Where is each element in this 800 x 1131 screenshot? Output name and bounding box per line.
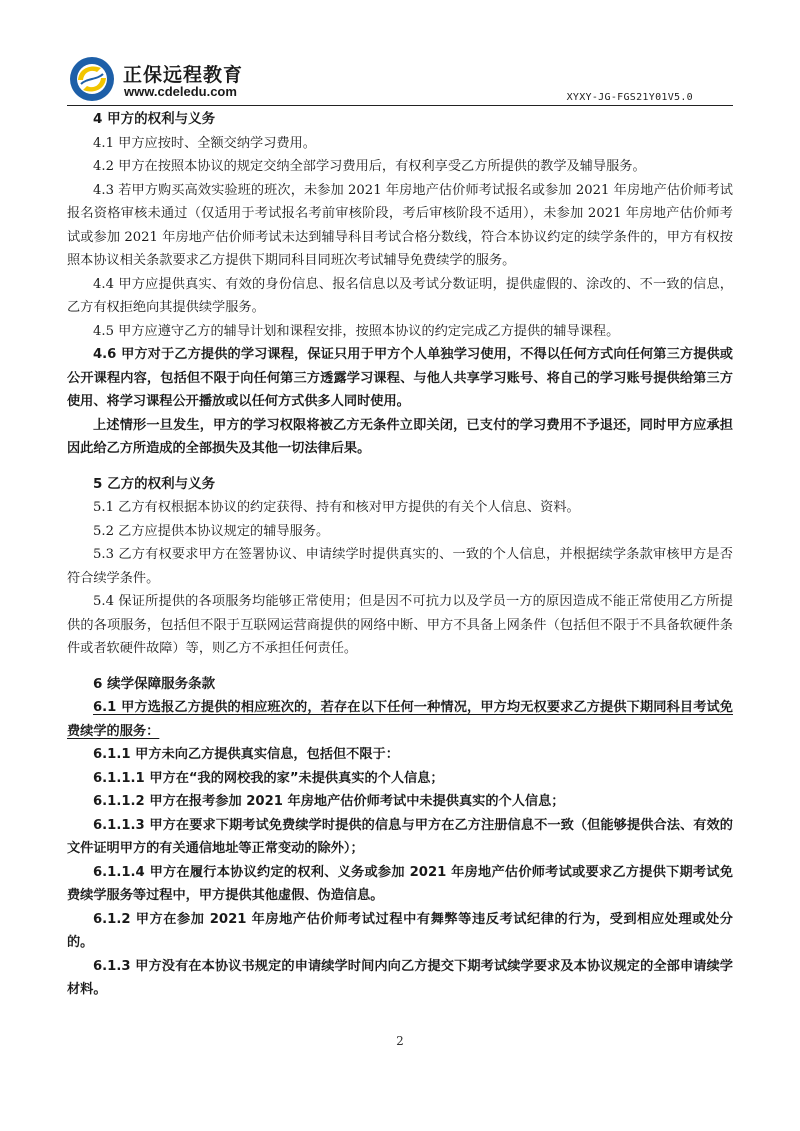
clause-5-4: 5.4 保证所提供的各项服务均能够正常使用；但是因不可抗力以及学员一方的原因造成…	[67, 590, 733, 661]
clause-6-1-text: 6.1 甲方选报乙方提供的相应班次的，若存在以下任何一种情况，甲方均无权要求乙方…	[67, 700, 733, 739]
spacer	[67, 461, 733, 473]
clause-4-1: 4.1 甲方应按时、全额交纳学习费用。	[67, 132, 733, 156]
section-6-title: 6 续学保障服务条款	[67, 673, 733, 697]
logo-url: www.cdeledu.com	[124, 84, 237, 99]
clause-4-6: 4.6 甲方对于乙方提供的学习课程，保证只用于甲方个人单独学习使用，不得以任何方…	[67, 343, 733, 414]
clause-4-3: 4.3 若甲方购买高效实验班的班次，未参加 2021 年房地产估价师考试报名或参…	[67, 179, 733, 273]
clause-5-3: 5.3 乙方有权要求甲方在签署协议、申请续学时提供真实的、一致的个人信息，并根据…	[67, 543, 733, 590]
clause-6-1-2: 6.1.2 甲方在参加 2021 年房地产估价师考试过程中有舞弊等违反考试纪律的…	[67, 908, 733, 955]
document-body: 4 甲方的权利与义务 4.1 甲方应按时、全额交纳学习费用。 4.2 甲方在按照…	[67, 108, 733, 1002]
clause-6-1: 6.1 甲方选报乙方提供的相应班次的，若存在以下任何一种情况，甲方均无权要求乙方…	[67, 696, 733, 743]
page-number: 2	[0, 1034, 800, 1048]
logo-icon	[69, 56, 115, 102]
section-5-title: 5 乙方的权利与义务	[67, 473, 733, 497]
spacer	[67, 661, 733, 673]
clause-6-1-1-3: 6.1.1.3 甲方在要求下期考试免费续学时提供的信息与甲方在乙方注册信息不一致…	[67, 814, 733, 861]
section-4-title: 4 甲方的权利与义务	[67, 108, 733, 132]
clause-6-1-1-4: 6.1.1.4 甲方在履行本协议约定的权利、义务或参加 2021 年房地产估价师…	[67, 861, 733, 908]
clause-4-5: 4.5 甲方应遵守乙方的辅导计划和课程安排，按照本协议的约定完成乙方提供的辅导课…	[67, 320, 733, 344]
clause-5-2: 5.2 乙方应提供本协议规定的辅导服务。	[67, 520, 733, 544]
clause-6-1-1-1: 6.1.1.1 甲方在“我的网校我的家”未提供真实的个人信息；	[67, 767, 733, 791]
page-header: 正保远程教育 www.cdeledu.com XYXY-JG-FGS21Y01V…	[67, 56, 733, 106]
clause-4-2: 4.2 甲方在按照本协议的规定交纳全部学习费用后，有权利享受乙方所提供的教学及辅…	[67, 155, 733, 179]
logo-title: 正保远程教育	[123, 60, 243, 87]
clause-6-1-1-2: 6.1.1.2 甲方在报考参加 2021 年房地产估价师考试中未提供真实的个人信…	[67, 790, 733, 814]
clause-5-1: 5.1 乙方有权根据本协议的约定获得、持有和核对甲方提供的有关个人信息、资料。	[67, 496, 733, 520]
clause-4-4: 4.4 甲方应提供真实、有效的身份信息、报名信息以及考试分数证明，提供虚假的、涂…	[67, 273, 733, 320]
clause-6-1-1: 6.1.1 甲方未向乙方提供真实信息，包括但不限于：	[67, 743, 733, 767]
clause-4-6-consequence: 上述情形一旦发生，甲方的学习权限将被乙方无条件立即关闭，已支付的学习费用不予退还…	[67, 414, 733, 461]
header-divider	[67, 105, 733, 106]
clause-6-1-3: 6.1.3 甲方没有在本协议书规定的申请续学时间内向乙方提交下期考试续学要求及本…	[67, 955, 733, 1002]
document-code: XYXY-JG-FGS21Y01V5.0	[567, 92, 693, 103]
